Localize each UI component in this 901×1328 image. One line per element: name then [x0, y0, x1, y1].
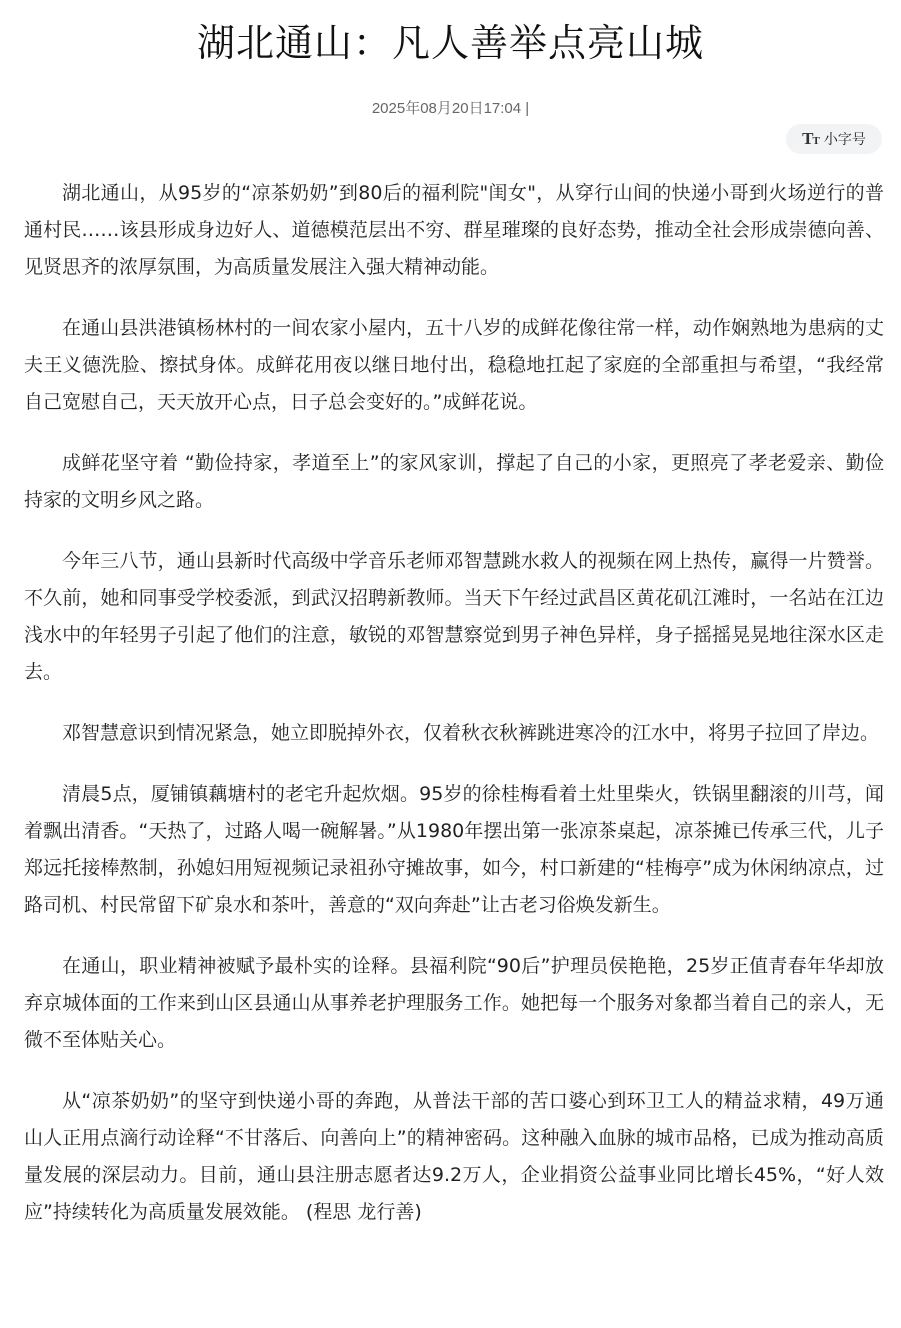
font-size-icon: TT	[802, 129, 819, 149]
paragraph: 今年三八节，通山县新时代高级中学音乐老师邓智慧跳水救人的视频在网上热传，赢得一片…	[24, 543, 884, 691]
article-body: 湖北通山，从95岁的“凉茶奶奶”到80后的福利院"闺女"，从穿行山间的快递小哥到…	[24, 175, 884, 1255]
font-size-toggle-label: 小字号	[824, 129, 866, 149]
article-title: 湖北通山：凡人善举点亮山城	[0, 18, 901, 68]
paragraph: 邓智慧意识到情况紧急，她立即脱掉外衣，仅着秋衣秋裤跳进寒冷的江水中，将男子拉回了…	[24, 715, 884, 752]
paragraph: 成鲜花坚守着 “勤俭持家，孝道至上”的家风家训，撑起了自己的小家，更照亮了孝老爱…	[24, 445, 884, 519]
paragraph: 在通山县洪港镇杨林村的一间农家小屋内，五十八岁的成鲜花像往常一样，动作娴熟地为患…	[24, 310, 884, 421]
article-meta: 2025年08月20日17:04 |	[0, 99, 901, 119]
paragraph: 从“凉茶奶奶”的坚守到快递小哥的奔跑，从普法干部的苦口婆心到环卫工人的精益求精，…	[24, 1083, 884, 1231]
article-page: 湖北通山：凡人善举点亮山城 2025年08月20日17:04 | TT 小字号 …	[0, 0, 901, 1328]
paragraph: 清晨5点，厦铺镇藕塘村的老宅升起炊烟。95岁的徐桂梅看着土灶里柴火，铁锅里翻滚的…	[24, 776, 884, 924]
font-size-toggle-button[interactable]: TT 小字号	[786, 124, 882, 154]
paragraph: 在通山，职业精神被赋予最朴实的诠释。县福利院“90后”护理员侯艳艳，25岁正值青…	[24, 948, 884, 1059]
paragraph: 湖北通山，从95岁的“凉茶奶奶”到80后的福利院"闺女"，从穿行山间的快递小哥到…	[24, 175, 884, 286]
